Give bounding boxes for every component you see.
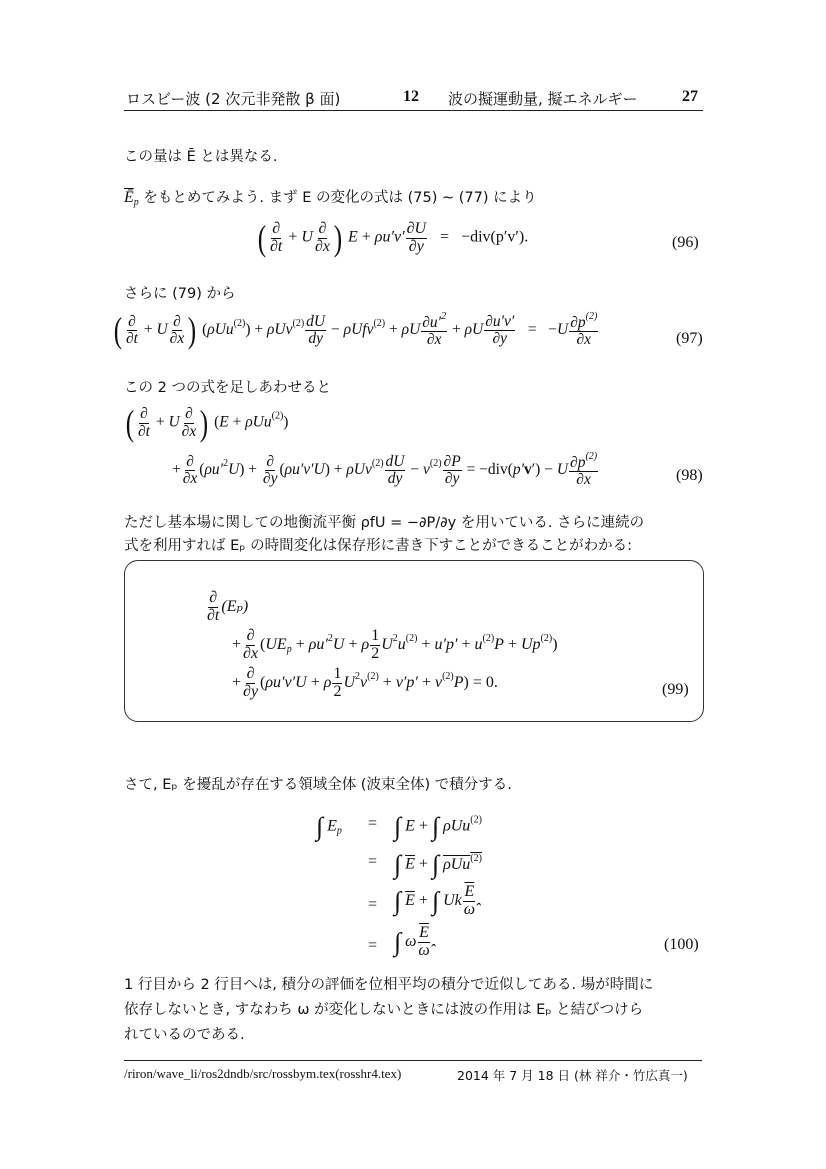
paragraph-7-line-2: 依存しないとき, すなわち ω が変化しないときには波の作用は Eₚ と結びつけ… — [124, 998, 643, 1019]
equation-number-97: (97) — [676, 330, 703, 348]
paragraph-5-line-1: ただし基本場に関しての地衡流平衡 ρfU = −∂P/∂y を用いている. さら… — [124, 511, 644, 532]
header-rule — [124, 110, 703, 111]
eq96-rhs: −div(p′v′). — [461, 229, 528, 246]
paragraph-2: Ēp をもとめてみよう. まず E の変化の式は (75) ∼ (77) により — [124, 186, 537, 208]
footer-rule — [124, 1060, 702, 1061]
footer-date-authors: 2014 年 7 月 18 日 (林 祥介・竹広真一) — [457, 1066, 688, 1084]
equation-99-line-3: +∂∂y(ρu′v′U + ρ12U2v(2) + v′p′ + v(2)P) … — [232, 666, 498, 701]
equation-100-row-2: ∫ E + ∫ ρUu(2) — [394, 850, 482, 880]
equation-99-line-2: +∂∂x(UEp + ρu′2U + ρ12U2u(2) + u′p′ + u(… — [232, 628, 558, 663]
paragraph-7-line-1: 1 行目から 2 行目へは, 積分の評価を位相平均の積分で近似してある. 場が時… — [124, 973, 653, 994]
e-bar-symbol: Ē — [124, 189, 134, 206]
paragraph-4: この 2 つの式を足しあわせると — [124, 376, 331, 397]
equation-100-lhs: ∫ Ep — [316, 812, 342, 842]
equation-100-row-3: ∫ E + ∫ UkEω̂ — [394, 884, 477, 919]
equation-number-96: (96) — [672, 234, 699, 252]
equation-98-line-2: +∂∂x(ρu′2U) + ∂∂y(ρu′v′U) + ρUv(2)dUdy −… — [172, 452, 599, 489]
equation-number-100: (100) — [664, 936, 699, 954]
equation-number-98: (98) — [676, 467, 703, 485]
section-number: 12 — [403, 88, 419, 106]
page-number: 27 — [682, 88, 698, 106]
footer-path: /riron/wave_li/ros2dndb/src/rossbym.tex(… — [124, 1066, 401, 1082]
equation-100-eq-2: = — [368, 853, 377, 871]
equation-100-row-4: ∫ ωEω̂ — [394, 925, 432, 960]
paragraph-2-text: をもとめてみよう. まず E の変化の式は (75) ∼ (77) により — [139, 190, 537, 206]
equation-96: (∂∂t + U∂∂x) E + ρu′v′∂U∂y = −div(p′v′). — [256, 220, 528, 256]
paragraph-3: さらに (79) から — [124, 282, 235, 303]
equation-99-line-1: ∂∂t(Eₚ) — [205, 590, 248, 625]
equation-number-99: (99) — [662, 681, 689, 699]
equation-98-line-1: (∂∂t + U∂∂x) (E + ρUu(2)) — [124, 405, 288, 441]
equation-97: (∂∂t + U∂∂x) (ρUu(2)) + ρUv(2)dUdy − ρUf… — [112, 312, 599, 349]
equation-100-eq-4: = — [368, 937, 377, 955]
paragraph-7-line-3: れているのである. — [124, 1023, 245, 1044]
equation-100-eq-1: = — [368, 815, 377, 833]
running-header-left: ロスビー波 (2 次元非発散 β 面) — [126, 88, 340, 109]
paragraph-1: この量は Ē とは異なる. — [124, 145, 278, 166]
paragraph-5-line-2: 式を利用すれば Eₚ の時間変化は保存形に書き下すことができることがわかる: — [124, 534, 632, 555]
section-title: 波の擬運動量, 擬エネルギー — [448, 88, 638, 109]
equation-100-row-1: ∫ E + ∫ ρUu(2) — [394, 812, 482, 842]
eq99-line1: (Eₚ) — [221, 598, 248, 615]
equation-100-eq-3: = — [368, 896, 377, 914]
paragraph-6: さて, Eₚ を擾乱が存在する領域全体 (波束全体) で積分する. — [124, 773, 512, 794]
